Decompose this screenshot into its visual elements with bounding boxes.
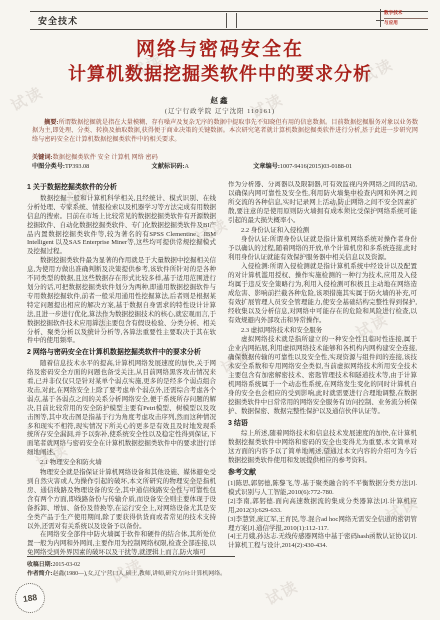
abstract-paragraph: 摘要:所谓数据挖掘就是指在大量模糊、存有噪声及复杂无序的数据中提取事先不知晓但有…	[32, 119, 418, 144]
paragraph: 数据挖掘类软件最为显著的作用就是于大量数据中挖掘相关信息,为使用方做出准确判断及…	[27, 257, 216, 346]
reference-item: [4]王月娥,孙达志.无线传感器网络中基于密码hash函数认证协议[J].计算机…	[228, 533, 417, 551]
article-id-value: 1007-9416(2015)03-0188-01	[280, 163, 352, 170]
received-date-line: 收稿日期:2015-03-02	[27, 561, 235, 570]
section-heading: 2.2 身份认证和入侵检测	[228, 227, 417, 236]
body-columns: 1 关于数据挖掘类软件的分析数据挖掘一般和计算机科学相关,且经统计、模式识别、在…	[27, 181, 417, 557]
page-number-stamp: 188	[13, 581, 47, 615]
author-bio-label: 作者简介:	[27, 571, 53, 577]
author-affiliation: (辽宁行政学院 辽宁沈阳 110161)	[0, 106, 440, 115]
section-heading: 参考文献	[228, 469, 417, 478]
article-title-line2: 计算机数据挖掘类软件中的要求分析	[0, 62, 440, 87]
paragraph: 随着信息技术水平的提高,计算机网络发展速度的加快,关于网络及密码安全方面的问题也…	[27, 360, 216, 458]
reference-item: [2]李南,郭躬德.面向高速数据流的集成分类器算法[J].计算机应用,2012(…	[228, 498, 417, 516]
section-heading: 2 网络与密码安全在计算机数据挖掘类软件中的要求分析	[27, 349, 216, 358]
paragraph: 综上所述,随着网络技术和信息技术发展速度的加快,在计算机数据挖掘类软件中网络和密…	[228, 430, 417, 466]
section-heading: 3 结语	[228, 420, 417, 429]
journal-page: 安全技术 数字技术 与应用 网络与密码安全在 计算机数据挖掘类软件中的要求分析 …	[0, 0, 440, 620]
keywords-line: 关键词:数据挖掘类软件 安全 计算机 网络 密码	[32, 152, 418, 161]
reference-item: [1]陈思,郭躬德,陈黎飞,等.基于聚类融合的不平衡数据分类方法[J].模式识别…	[228, 480, 417, 498]
section-heading: 2.3 虚拟网络技术和安全服务	[228, 327, 417, 336]
article-title: 网络与密码安全在 计算机数据挖掘类软件中的要求分析	[0, 38, 440, 87]
column-left: 1 关于数据挖掘类软件的分析数据挖掘一般和计算机科学相关,且经统计、模式识别、在…	[27, 181, 216, 557]
author-bio-value: 赵鑫(1980—),女,辽宁营口人,硕士,教师,讲师,研究方向:计算机网络。	[53, 571, 226, 577]
author-name: 赵鑫	[0, 95, 440, 106]
clc-number: 中图分类号:TP393.08	[32, 161, 150, 170]
journal-name-line2: 与应用	[384, 19, 428, 28]
paragraph: 物理安全就是指保证计算机网络设备和其他设施、媒体避免受到自然灾害或人为操作引起的…	[27, 469, 216, 531]
paragraph: 身份认证:所谓身份认证就是指计算机网络系统对操作者身份予以确认的过程,随着网络的…	[228, 236, 417, 263]
paragraph: 虚拟网络技术就是指所建立的一种安全性且临时性连接,属于企业内网拓展,利用虚拟网络…	[228, 336, 417, 416]
header-rule-top	[30, 11, 428, 12]
clc-value: TP393.08	[65, 163, 89, 170]
clc-label: 中图分类号:	[32, 163, 65, 170]
received-date-value: 2015-03-02	[53, 562, 81, 568]
footnote-block: 收稿日期:2015-03-02 作者简介:赵鑫(1980—),女,辽宁营口人,硕…	[27, 556, 235, 578]
keywords-label: 关键词:	[32, 154, 53, 161]
paragraph: 作为分析器、分离器以及限制器,可有效监视内外网络之间的活动,以确保内网可靠性及安…	[228, 181, 417, 226]
article-id: 文章编号:1007-9416(2015)03-0188-01	[253, 161, 352, 170]
journal-name-line1: 数字技术	[384, 9, 428, 19]
header-divider-tick	[236, 13, 237, 28]
abstract-block: 摘要:所谓数据挖掘就是指在大量模糊、存有噪声及复杂无序的数据中提取事先不知晓但有…	[32, 119, 418, 144]
article-id-label: 文章编号:	[253, 163, 280, 170]
keywords-text: 数据挖掘类软件 安全 计算机 网络 密码	[53, 154, 158, 161]
document-code-label: 文献标识码:	[152, 163, 185, 170]
header-rule-bottom	[30, 29, 428, 30]
received-date-label: 收稿日期:	[27, 562, 53, 568]
article-meta-line: 中图分类号:TP393.08 文献标识码:A 文章编号:1007-9416(20…	[32, 161, 418, 170]
abstract-text: 所谓数据挖掘就是指在大量模糊、存有噪声及复杂无序的数据中提取事先不知晓但有用的信…	[32, 119, 418, 143]
reference-item: [3]李慧贤,庞辽军,王育民,等.混合ad hoc网络无需安全信道的密钥管理方案…	[228, 516, 417, 534]
paragraph: 入侵检测:所谓入侵检测就是指计算机系统中经设计以及配置的对计算机滥用授权、操作实…	[228, 263, 417, 325]
document-code: 文献标识码:A	[152, 161, 252, 170]
journal-name-badge: 数字技术 与应用	[380, 9, 428, 27]
section-heading: 2.1 物理安全和防火墙	[27, 459, 216, 468]
paragraph: 数据挖掘一般和计算机科学相关,且经统计、模式识别、在线分析处理、专家系统、情报检…	[27, 195, 216, 257]
article-title-line1: 网络与密码安全在	[0, 38, 440, 62]
header-divider-tick	[226, 13, 227, 28]
column-section-label: 安全技术	[38, 14, 78, 27]
author-bio-line: 作者简介:赵鑫(1980—),女,辽宁营口人,硕士,教师,讲师,研究方向:计算机…	[27, 570, 235, 579]
paragraph: 在网络安全部件中防火墙属于软件和硬件的结合体,其所处位置一般为内网和外网间,主要…	[27, 531, 216, 557]
watermark: 试读	[262, 575, 302, 610]
document-code-value: A	[185, 163, 189, 170]
section-heading: 1 关于数据挖掘类软件的分析	[27, 184, 216, 193]
abstract-label: 摘要:	[44, 119, 58, 126]
column-right: 作为分析器、分离器以及限制器,可有效监视内外网络之间的活动,以确保内网可靠性及安…	[228, 181, 417, 557]
